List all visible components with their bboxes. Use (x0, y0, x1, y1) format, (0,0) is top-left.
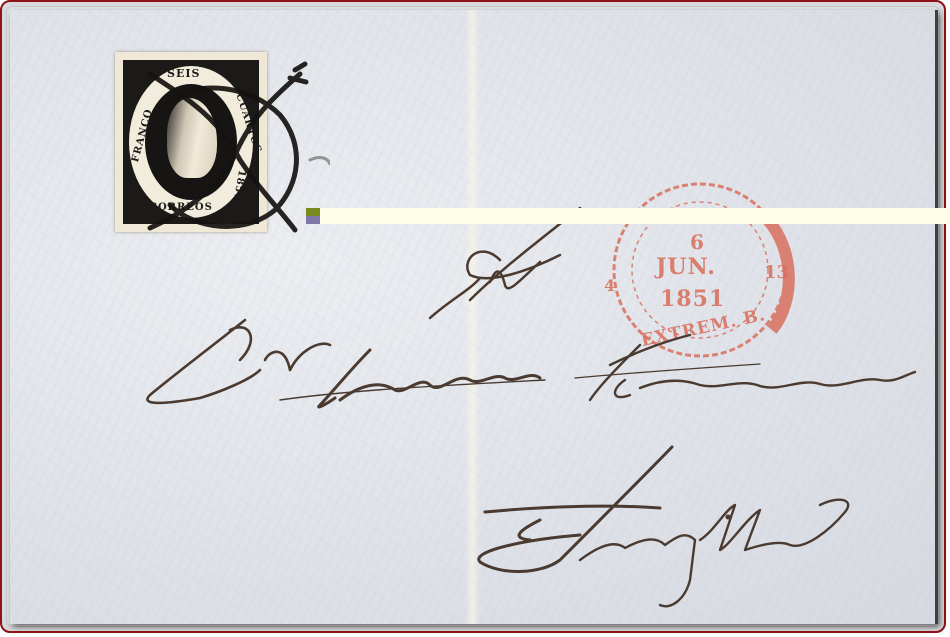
postmark-month: JUN. (656, 254, 716, 280)
postmark-number: 13 (764, 262, 789, 283)
postmark-day: 6 (690, 230, 704, 254)
postmark-year: 1851 (660, 286, 725, 312)
address-honorific: Sr (0, 0, 1, 1)
spider-cancel-mark-icon (130, 60, 330, 240)
overlay-strip-handle (306, 208, 320, 224)
postmark-left-number: 4 (604, 276, 615, 295)
overlay-highlight-strip (320, 208, 950, 224)
address-text: Sr D. Vicente Hernandez Trujillo CÁCERES (0, 0, 1, 1)
